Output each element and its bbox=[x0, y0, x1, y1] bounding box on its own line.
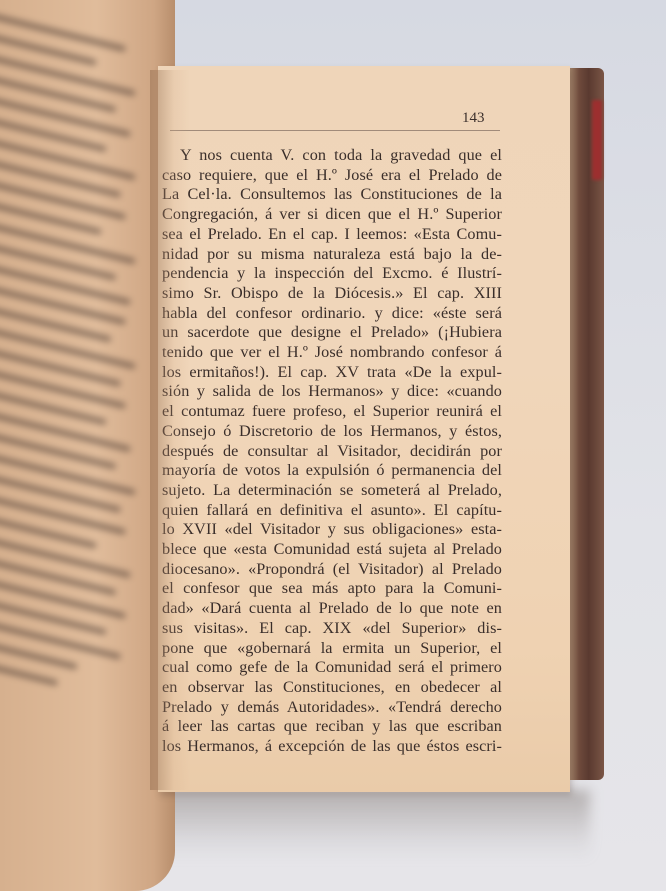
text-line: el contumaz fuere profeso, el Superior r… bbox=[162, 402, 502, 422]
page-number: 143 bbox=[462, 110, 485, 127]
text-line: en observar las Constituciones, en obede… bbox=[162, 678, 502, 698]
text-line: simo Sr. Obispo de la Diócesis.» El cap.… bbox=[162, 284, 502, 304]
text-line: Congregación, á ver si dicen que el H.º … bbox=[162, 205, 502, 225]
text-line: Prelado y demás Autoridades». «Tendrá de… bbox=[162, 698, 502, 718]
book-page: 143 Y nos cuenta V. con toda la gravedad… bbox=[158, 66, 570, 792]
text-line: pone que «gobernará la ermita un Superio… bbox=[162, 639, 502, 659]
text-line: mayoría de votos la expulsión ó permanen… bbox=[162, 461, 502, 481]
text-line: caso requiere, que el H.º José era el Pr… bbox=[162, 166, 502, 186]
text-line: dad» «Dará cuenta al Prelado de lo que n… bbox=[162, 599, 502, 619]
left-page-blurred bbox=[0, 0, 175, 891]
blurred-text-lines bbox=[0, 10, 160, 870]
text-line: sus visitas». El cap. XIX «del Superior»… bbox=[162, 619, 502, 639]
text-line: sujeto. La determinación se someterá al … bbox=[162, 481, 502, 501]
text-line: tenido que ver el H.º José nombrando con… bbox=[162, 343, 502, 363]
text-line: Consejo ó Discretorio de los Hermanos, y… bbox=[162, 422, 502, 442]
page-gutter-shadow bbox=[150, 70, 190, 790]
text-line: los ermitaños!). El cap. XV trata «De la… bbox=[162, 363, 502, 383]
text-line: sea el Prelado. En el cap. I leemos: «Es… bbox=[162, 225, 502, 245]
text-line: á leer las cartas que reciban y las que … bbox=[162, 717, 502, 737]
text-line: pendencia y la inspección del Excmo. é I… bbox=[162, 264, 502, 284]
cover-red-label bbox=[592, 100, 602, 180]
text-line: quien fallará en definitiva el asunto». … bbox=[162, 501, 502, 521]
text-line: después de consultar al Visitador, decid… bbox=[162, 442, 502, 462]
text-line: un sacerdote que designe el Prelado» (¡H… bbox=[162, 323, 502, 343]
header-rule bbox=[170, 130, 500, 131]
text-line: nidad por su misma naturaleza está bajo … bbox=[162, 245, 502, 265]
text-line: habla del confesor ordinario. y dice: «é… bbox=[162, 304, 502, 324]
text-line: los Hermanos, á excepción de las que ést… bbox=[162, 737, 502, 757]
text-line: diocesano». «Propondrá (el Visitador) al… bbox=[162, 560, 502, 580]
book-shadow bbox=[150, 790, 590, 860]
text-line: Y nos cuenta V. con toda la gravedad que… bbox=[162, 146, 502, 166]
text-line: La Cel·la. Consultemos las Constitucione… bbox=[162, 185, 502, 205]
text-line: blece que «esta Comunidad está sujeta al… bbox=[162, 540, 502, 560]
text-line: cual como gefe de la Comunidad será el p… bbox=[162, 658, 502, 678]
text-line: lo XVII «del Visitador y sus obligacione… bbox=[162, 520, 502, 540]
page-body-text: Y nos cuenta V. con toda la gravedad que… bbox=[162, 146, 502, 757]
text-line: el confesor que sea más apto para la Com… bbox=[162, 579, 502, 599]
text-line: sión y salida de los Hermanos» y dice: «… bbox=[162, 382, 502, 402]
